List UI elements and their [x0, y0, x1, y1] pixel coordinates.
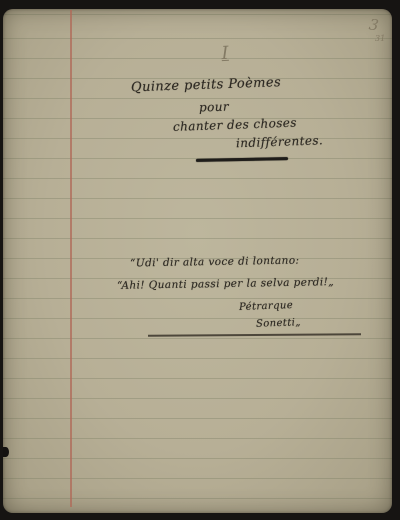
- section-numeral: I: [208, 42, 241, 65]
- epigraph-author: Pétrarque: [239, 300, 293, 313]
- scan-artifact-speck: [3, 447, 9, 457]
- title-line-4: indifférentes.: [236, 134, 310, 151]
- title-line-3: chanter des choses: [173, 116, 281, 134]
- red-margin-line: [70, 10, 72, 507]
- epigraph-divider-rule: [148, 333, 361, 336]
- epigraph-line-2: “Ahi! Quanti passi per la selva perdi!„: [117, 276, 334, 292]
- manuscript-scan: I 3 31 Quinze petits Poèmes pour chanter…: [0, 0, 400, 520]
- title-line-2: pour: [189, 99, 239, 115]
- epigraph-line-1: “Udi' dir alta voce di lontano:: [130, 255, 300, 270]
- folio-number-small: 31: [375, 34, 385, 43]
- epigraph-work: Sonetti„: [256, 317, 301, 330]
- folio-number: 3: [368, 15, 380, 34]
- title-line-1: Quinze petits Poèmes: [131, 76, 265, 96]
- notebook-page: I 3 31 Quinze petits Poèmes pour chanter…: [3, 9, 392, 513]
- title-divider-rule: [196, 157, 288, 162]
